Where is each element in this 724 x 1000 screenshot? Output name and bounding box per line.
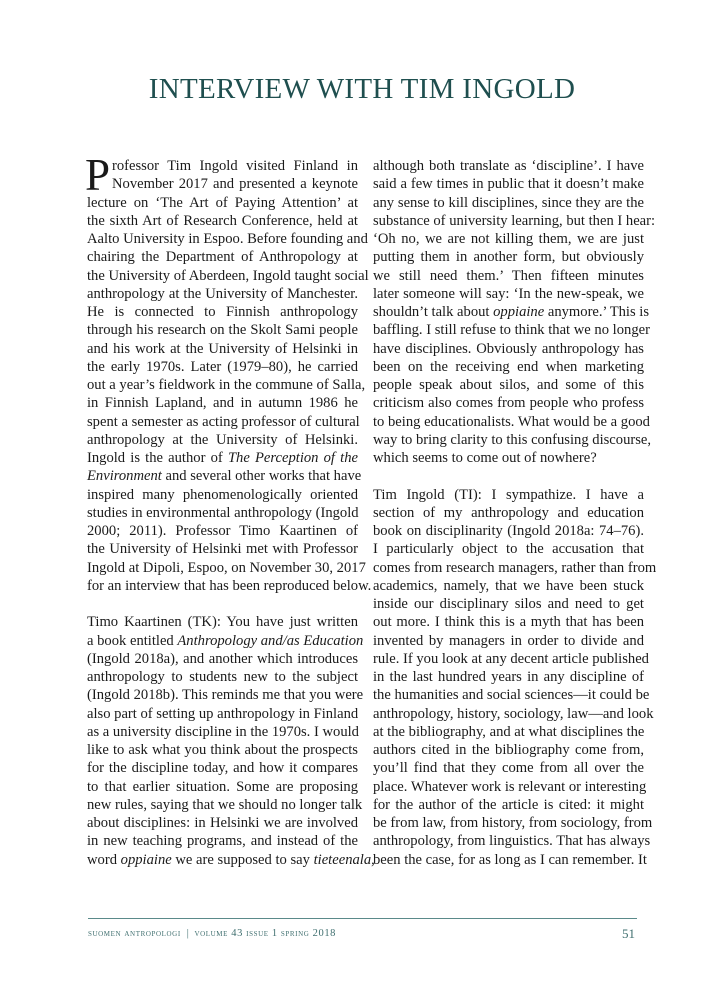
text-line: He is connected to Finnish anthropology [87, 303, 358, 321]
paragraph-break [87, 595, 358, 613]
text-line: anthropology to students new to the subj… [87, 668, 358, 686]
text-line: way to bring clarity to this confusing d… [373, 431, 644, 449]
text-line: place. Whatever work is relevant or inte… [373, 778, 644, 796]
article-column-left: P rofessor Tim Ingold visited Finland in… [87, 157, 358, 869]
text-line: for an interview that has been reproduce… [87, 577, 358, 595]
text-line: in new teaching programs, and instead of… [87, 832, 358, 850]
text-fragment: anymore.’ This is [544, 304, 649, 320]
text-line: been on the receiving end when marketing [373, 358, 644, 376]
text-line: anthropology at the University of Manche… [87, 285, 358, 303]
text-line: word oppiaine we are supposed to say tie… [87, 851, 358, 869]
text-line: about disciplines: in Helsinki we are in… [87, 814, 358, 832]
text-line: inside our disciplinary silos and need t… [373, 595, 644, 613]
text-line: invented by managers in order to divide … [373, 632, 644, 650]
text-line: in Finnish Lapland, and in autumn 1986 h… [87, 394, 358, 412]
text-line: out a year’s fieldwork in the commune of… [87, 376, 358, 394]
text-line: authors cited in the bibliography come f… [373, 741, 644, 759]
text-fragment: a book entitled [87, 633, 177, 649]
text-line: to being educationalists. What would be … [373, 413, 644, 431]
text-fragment: we are supposed to say [172, 852, 314, 868]
text-line: like to ask what you think about the pro… [87, 741, 358, 759]
page-number: 51 [622, 926, 635, 942]
text-line: substance of university learning, but th… [373, 212, 644, 230]
page-footer: Suomen Antropologi|Volume 43 Issue 1 Spr… [88, 928, 637, 944]
text-line: book on disciplinarity (Ingold 2018a: 74… [373, 522, 644, 540]
text-line: you’ll find that they come from all over… [373, 759, 644, 777]
text-line: Timo Kaartinen (TK): You have just writt… [87, 613, 358, 631]
text-fragment: and several other works that have [162, 468, 361, 484]
text-line: section of my anthropology and education [373, 504, 644, 522]
text-line: anthropology at the University of Helsin… [87, 431, 358, 449]
text-line: academics, namely, that we have been stu… [373, 577, 644, 595]
text-fragment: word [87, 852, 121, 868]
text-line: chairing the Department of Anthropology … [87, 248, 358, 266]
journal-name: Suomen Antropologi [88, 928, 181, 939]
text-line: 2000; 2011). Professor Timo Kaartinen of [87, 522, 358, 540]
footer-divider [88, 918, 637, 919]
text-line: have disciplines. Obviously anthropology… [373, 340, 644, 358]
text-line: the early 1970s. Later (1979–80), he car… [87, 358, 358, 376]
article-column-right: although both translate as ‘discipline’.… [373, 157, 644, 869]
text-fragment: shouldn’t talk about [373, 304, 493, 320]
text-line: also part of setting up anthropology in … [87, 705, 358, 723]
text-line: lecture on ‘The Art of Paying Attention’… [87, 194, 358, 212]
text-line: people speak about silos, and some of th… [373, 376, 644, 394]
text-line: although both translate as ‘discipline’.… [373, 157, 644, 175]
text-line: through his research on the Skolt Sami p… [87, 321, 358, 339]
text-line: ‘Oh no, we are not killing them, we are … [373, 230, 644, 248]
italic-term: oppiaine [121, 852, 172, 868]
text-line: a book entitled Anthropology and/as Educ… [87, 632, 358, 650]
text-line: any sense to kill disciplines, since the… [373, 194, 644, 212]
text-line: studies in environmental anthropology (I… [87, 504, 358, 522]
italic-term: The Perception of the [228, 450, 358, 466]
text-line: for the author of the article is cited: … [373, 796, 644, 814]
issue-info: Volume 43 Issue 1 Spring 2018 [194, 928, 336, 939]
italic-term: Environment [87, 468, 162, 484]
text-line: rule. If you look at any decent article … [373, 650, 644, 668]
text-line: to that earlier situation. Some are prop… [87, 778, 358, 796]
text-fragment: Ingold is the author of [87, 450, 228, 466]
italic-term: oppiaine [493, 304, 544, 320]
text-line: putting them in another form, but obviou… [373, 248, 644, 266]
text-line: (Ingold 2018b). This reminds me that you… [87, 686, 358, 704]
text-line: as a university discipline in the 1970s.… [87, 723, 358, 741]
text-line: criticism also comes from people who pro… [373, 394, 644, 412]
text-line: Ingold is the author of The Perception o… [87, 449, 358, 467]
text-line: the University of Helsinki met with Prof… [87, 540, 358, 558]
page-title: INTERVIEW WITH TIM INGOLD [0, 73, 724, 106]
text-line: spent a semester as acting professor of … [87, 413, 358, 431]
text-line: I particularly object to the accusation … [373, 540, 644, 558]
italic-term: Anthropology and/as Education [177, 633, 363, 649]
italic-term: tieteenala [314, 852, 372, 868]
text-line: baffling. I still refuse to think that w… [373, 321, 644, 339]
text-line: and his work at the University of Helsin… [87, 340, 358, 358]
text-line: said a few times in public that it doesn… [373, 175, 644, 193]
text-line: rofessor Tim Ingold visited Finland in [87, 157, 358, 175]
text-line: Ingold at Dipoli, Espoo, on November 30,… [87, 559, 358, 577]
text-line: in the last hundred years in any discipl… [373, 668, 644, 686]
text-line: which seems to come out of nowhere? [373, 449, 644, 467]
text-line: out more. I think this is a myth that ha… [373, 613, 644, 631]
text-line: be from law, from history, from sociolog… [373, 814, 644, 832]
text-line: we still need them.’ Then fifteen minute… [373, 267, 644, 285]
text-line: the humanities and social sciences—it co… [373, 686, 644, 704]
text-line: comes from research managers, rather tha… [373, 559, 644, 577]
footer-separator: | [187, 928, 190, 939]
text-line: later someone will say: ‘In the new-spea… [373, 285, 644, 303]
paragraph-break [373, 467, 644, 485]
text-line: at the bibliography, and at what discipl… [373, 723, 644, 741]
text-line: the University of Aberdeen, Ingold taugh… [87, 267, 358, 285]
text-line: Aalto University in Espoo. Before foundi… [87, 230, 358, 248]
text-line: inspired many phenomenologically oriente… [87, 486, 358, 504]
left-column-text: rofessor Tim Ingold visited Finland inNo… [87, 157, 358, 869]
text-line: November 2017 and presented a keynote [87, 175, 358, 193]
text-line: for the discipline today, and how it com… [87, 759, 358, 777]
text-line: (Ingold 2018a), and another which introd… [87, 650, 358, 668]
text-line: shouldn’t talk about oppiaine anymore.’ … [373, 303, 644, 321]
text-line: anthropology, history, sociology, law—an… [373, 705, 644, 723]
text-line: the sixth Art of Research Conference, he… [87, 212, 358, 230]
text-line: Tim Ingold (TI): I sympathize. I have a [373, 486, 644, 504]
text-line: been the case, for as long as I can reme… [373, 851, 644, 869]
right-column-text: although both translate as ‘discipline’.… [373, 157, 644, 869]
text-line: new rules, saying that we should no long… [87, 796, 358, 814]
text-line: Environment and several other works that… [87, 467, 358, 485]
drop-cap: P [85, 157, 110, 194]
text-line: anthropology, from linguistics. That has… [373, 832, 644, 850]
